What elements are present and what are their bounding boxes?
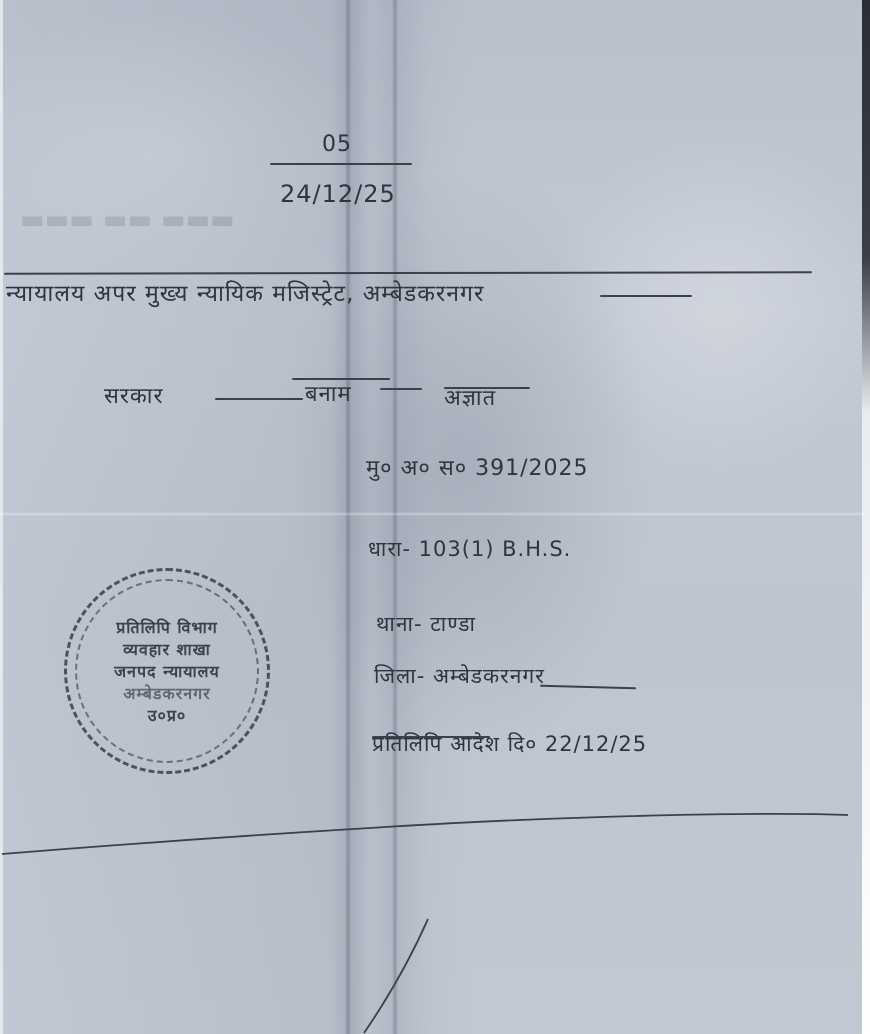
heading-underline	[600, 295, 692, 297]
parties-dash-left	[215, 398, 303, 400]
pen-stroke	[360, 915, 440, 1034]
police-station: थाना- टाण्डा	[376, 610, 476, 638]
parties-dash-right	[380, 388, 422, 390]
stamp-line: व्यवहार शाखा	[67, 639, 267, 661]
versus-overline	[292, 378, 390, 380]
fold-crease-horizontal	[0, 512, 864, 516]
fold-crease-vertical	[392, 0, 398, 1034]
stamp-line: उ०प्र०	[67, 705, 267, 727]
district: जिला- अम्बेडकरनगर	[374, 662, 545, 690]
stamp-line: प्रतिलिपि विभाग	[67, 617, 267, 639]
paper-left-edge	[0, 0, 3, 1034]
copy-department-stamp: प्रतिलिपि विभाग व्यवहार शाखा जनपद न्याया…	[64, 568, 270, 774]
bottom-rule	[0, 800, 864, 870]
date-top: 24/12/25	[280, 180, 396, 208]
copy-order-date: प्रतिलिपि आदेश दि० 22/12/25	[372, 730, 647, 758]
court-heading: न्यायालय अपर मुख्य न्यायिक मजिस्ट्रेट, अ…	[6, 276, 484, 308]
stamp-text: प्रतिलिपि विभाग व्यवहार शाखा जनपद न्याया…	[67, 617, 267, 727]
section-law: धारा- 103(1) B.H.S.	[368, 535, 571, 563]
copy-order-overline	[372, 736, 490, 738]
plaintiff-name: सरकार	[104, 380, 163, 410]
stamp-line: अम्बेडकरनगर	[67, 683, 267, 705]
show-through-text: ▬▬▬ ▬▬ ▬▬▬	[20, 205, 235, 235]
serial-divider	[270, 163, 412, 165]
serial-number: 05	[322, 132, 352, 157]
stamp-line: जनपद न्यायालय	[67, 661, 267, 683]
versus-label: बनाम	[305, 378, 352, 408]
case-number: मु० अ० स० 391/2025	[366, 452, 589, 482]
paper-right-edge	[862, 0, 870, 1034]
defendant-overline	[444, 387, 530, 389]
paper-sheet	[0, 0, 864, 1034]
